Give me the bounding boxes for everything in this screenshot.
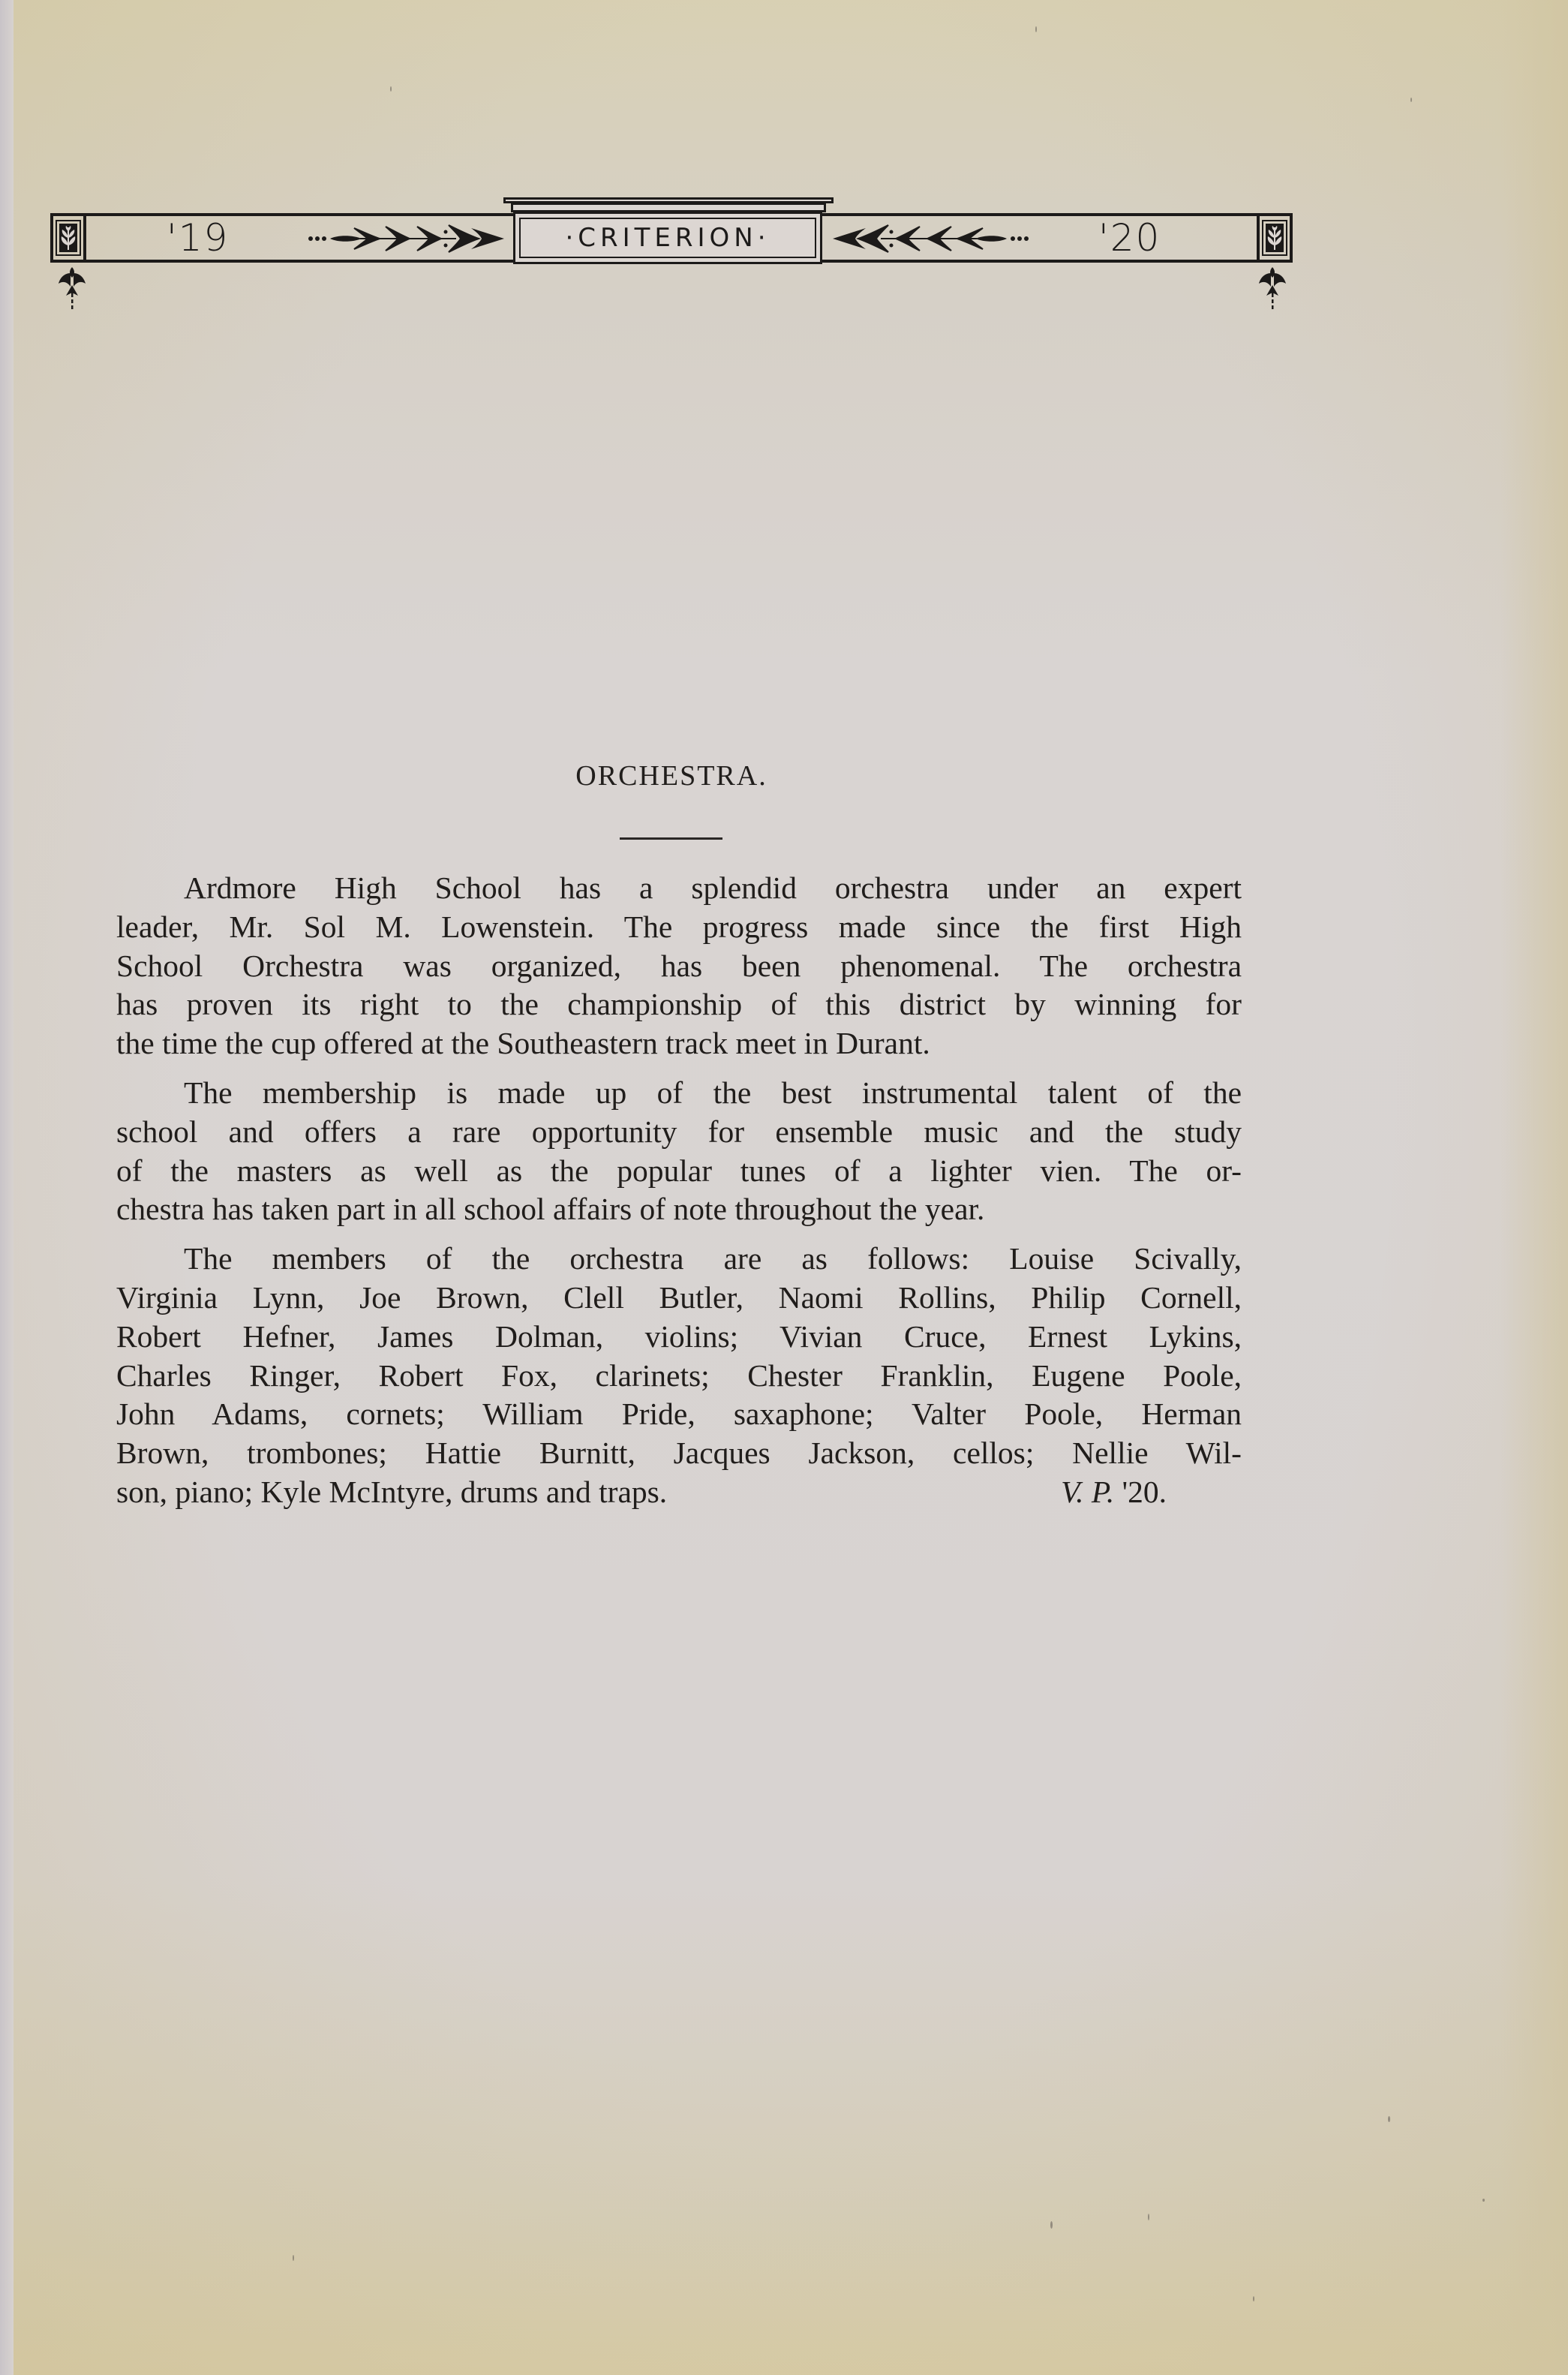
article-heading: ORCHESTRA.: [0, 759, 1343, 792]
paper-speck: [390, 86, 392, 92]
feathered-arrow-left-icon: [833, 222, 1029, 255]
paragraph-3: The members of the orchestra are as foll…: [116, 1240, 1242, 1512]
author-class-year: '20.: [1122, 1475, 1167, 1509]
scanned-page: '19 '20: [0, 0, 1568, 2375]
text-line: Virginia Lynn, Joe Brown, Clell Butler, …: [116, 1279, 1242, 1318]
text-line: School Orchestra was organized, has been…: [116, 947, 1242, 986]
title-plate-cornice: [503, 197, 834, 203]
paper-speck: [1035, 26, 1037, 32]
title-plate: ·CRITERION·: [513, 212, 822, 264]
header-year-right: '20: [1098, 215, 1161, 260]
paper-speck: [1388, 2116, 1390, 2122]
final-line-text: son, piano; Kyle McIntyre, drums and tra…: [116, 1475, 667, 1509]
paragraph-2: The membership is made up of the best in…: [116, 1074, 1242, 1229]
paragraph-1: Ardmore High School has a splendid orche…: [116, 869, 1242, 1063]
paper-speck: [1253, 2296, 1254, 2301]
text-line: of the masters as well as the popular tu…: [116, 1152, 1242, 1191]
text-line: Charles Ringer, Robert Fox, clarinets; C…: [116, 1357, 1242, 1396]
text-line: chestra has taken part in all school aff…: [116, 1190, 1242, 1229]
text-line: The membership is made up of the best in…: [116, 1074, 1242, 1113]
page-right-shadow: [1500, 0, 1568, 2375]
laurel-leaf-icon: [50, 213, 86, 263]
page-left-edge: [0, 0, 14, 2375]
header-year-left: '19: [167, 215, 229, 260]
paper-speck: [1148, 2214, 1149, 2220]
text-line: John Adams, cornets; William Pride, saxa…: [116, 1395, 1242, 1434]
text-line: leader, Mr. Sol M. Lowenstein. The progr…: [116, 908, 1242, 947]
text-line: Brown, trombones; Hattie Burnitt, Jacque…: [116, 1434, 1242, 1473]
text-line: the time the cup offered at the Southeas…: [116, 1024, 1242, 1063]
paper-speck: [1482, 2199, 1485, 2202]
author-initials: V. P.: [1061, 1475, 1114, 1509]
text-line-final: son, piano; Kyle McIntyre, drums and tra…: [116, 1473, 1242, 1512]
laurel-leaf-icon: [1257, 213, 1293, 263]
author-signature: V. P. '20.: [1061, 1473, 1167, 1512]
publication-title: ·CRITERION·: [565, 223, 770, 253]
text-line: Robert Hefner, James Dolman, violins; Vi…: [116, 1318, 1242, 1357]
feathered-arrow-right-icon: [308, 222, 504, 255]
text-line: Ardmore High School has a splendid orche…: [116, 869, 1242, 908]
paper-speck: [1410, 98, 1412, 102]
text-line: The members of the orchestra are as foll…: [116, 1240, 1242, 1279]
title-plate-inner: ·CRITERION·: [519, 218, 816, 258]
paper-speck: [1050, 2221, 1053, 2229]
text-line: school and offers a rare opportunity for…: [116, 1113, 1242, 1152]
paper-speck: [293, 2255, 294, 2261]
fleuron-drop-icon: [57, 266, 87, 315]
heading-divider: [620, 837, 722, 840]
fleuron-drop-icon: [1257, 266, 1287, 315]
text-line: has proven its right to the championship…: [116, 985, 1242, 1024]
article-body: Ardmore High School has a splendid orche…: [116, 869, 1242, 1523]
